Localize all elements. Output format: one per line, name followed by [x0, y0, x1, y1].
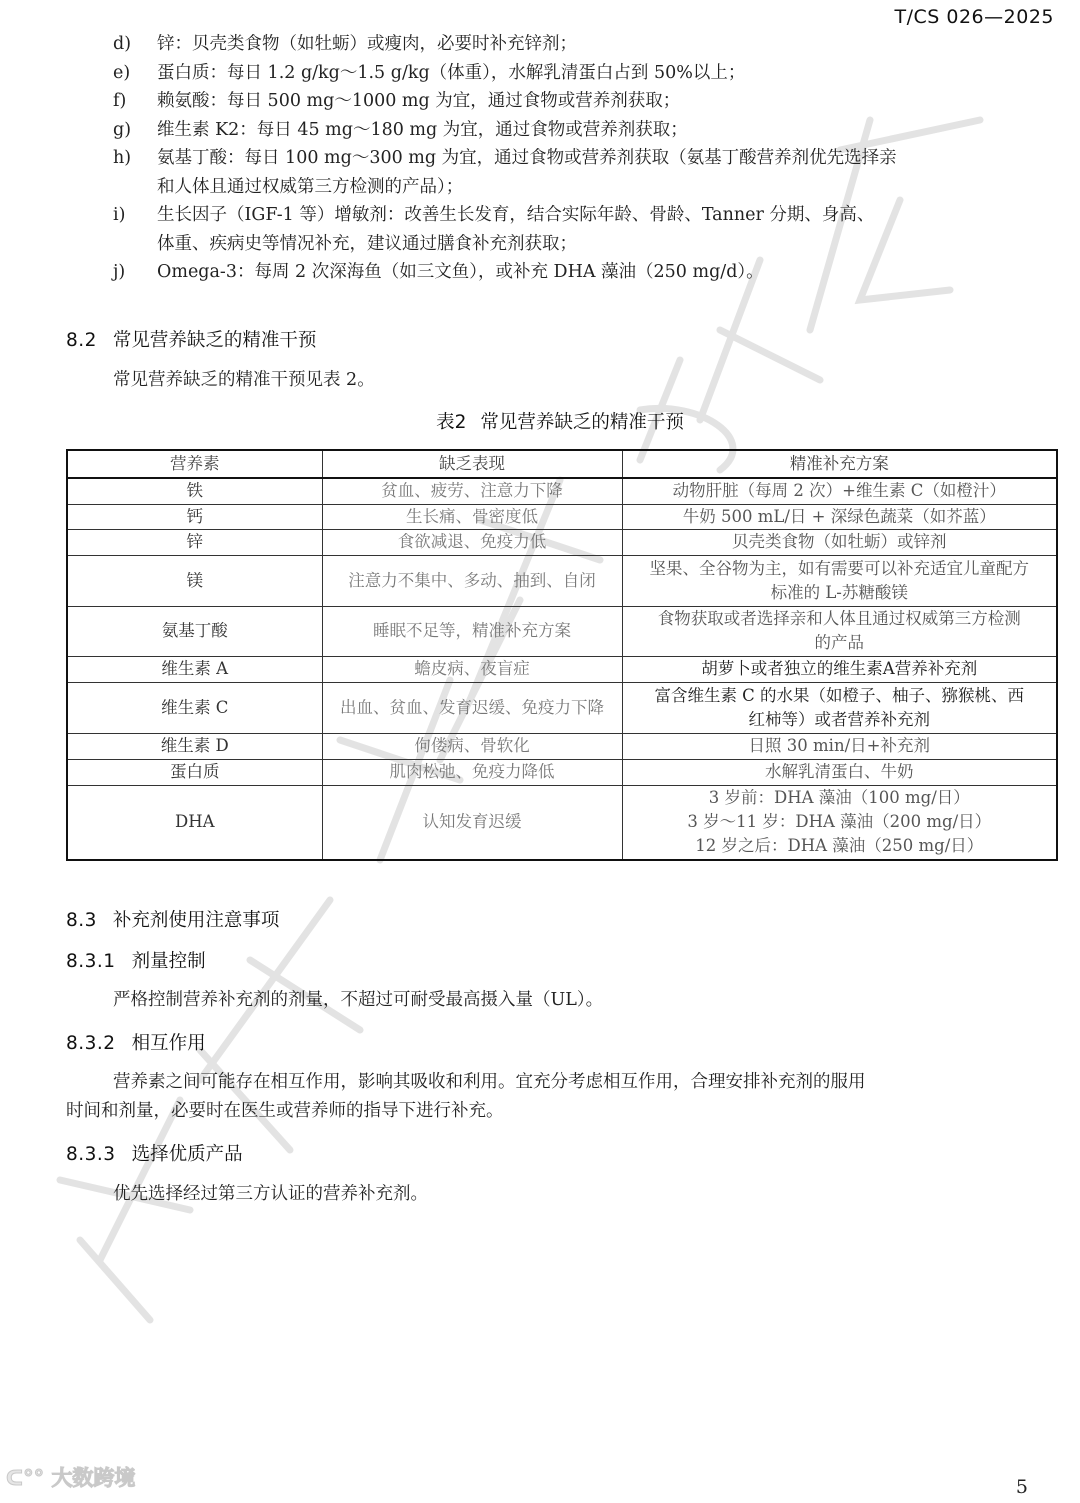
table-row: 蛋白质 肌肉松弛、免疫力降低 水解乳清蛋白、牛奶	[67, 759, 1057, 785]
nutrient-list: d)锌：贝壳类食物（如牡蛎）或瘦肉，必要时补充锌剂； e)蛋白质：每日 1.2 …	[113, 30, 1058, 287]
nutrient-intervention-table: 营养素 缺乏表现 精准补充方案 铁 贫血、疲劳、注意力下降 动物肝脏（每周 2 …	[66, 449, 1058, 861]
column-header: 缺乏表现	[322, 450, 622, 478]
table-row: 钙 生长痛、骨密度低 牛奶 500 mL/日 + 深绿色蔬菜（如芥蓝）	[67, 504, 1057, 529]
table-row: DHA 认知发育迟缓 3 岁前：DHA 藻油（100 mg/日）3 岁～11 岁…	[67, 785, 1057, 860]
table-row: 维生素 D 佝偻病、骨软化 日照 30 min/日+补充剂	[67, 733, 1057, 759]
subsection-8-3-3-body: 优先选择经过第三方认证的营养补充剂。	[113, 1180, 428, 1209]
table-row: 维生素 C 出血、贫血、发育迟缓、免疫力下降 富含维生素 C 的水果（如橙子、柚…	[67, 682, 1057, 733]
section-8-2-body: 常见营养缺乏的精准干预见表 2。	[113, 366, 375, 395]
logo-mark-icon: ᑕ°°	[6, 1466, 44, 1490]
table-caption: 表2常见营养缺乏的精准干预	[0, 408, 1080, 434]
list-item: f)赖氨酸：每日 500 mg～1000 mg 为宜，通过食物或营养剂获取；	[113, 87, 1058, 116]
document-code: T/CS 026—2025	[895, 6, 1055, 28]
subsection-8-3-2-body-line1: 营养素之间可能存在相互作用，影响其吸收和利用。宜充分考虑相互作用，合理安排补充剂…	[113, 1068, 866, 1097]
section-heading-8-2: 8.2常见营养缺乏的精准干预	[66, 326, 316, 352]
list-item: j)Omega-3：每周 2 次深海鱼（如三文鱼），或补充 DHA 藻油（250…	[113, 258, 1058, 287]
table-row: 铁 贫血、疲劳、注意力下降 动物肝脏（每周 2 次）+维生素 C（如橙汁）	[67, 478, 1057, 504]
table-row: 氨基丁酸 睡眠不足等，精准补充方案 食物获取或者选择亲和人体且通过权威第三方检测…	[67, 606, 1057, 656]
subsection-8-3-2-body-line2: 时间和剂量，必要时在医生或营养师的指导下进行补充。	[66, 1097, 504, 1126]
table-header-row: 营养素 缺乏表现 精准补充方案	[67, 450, 1057, 478]
list-item: e)蛋白质：每日 1.2 g/kg～1.5 g/kg（体重），水解乳清蛋白占到 …	[113, 59, 1058, 88]
column-header: 精准补充方案	[622, 450, 1057, 478]
table-row: 维生素 A 蟾皮病、夜盲症 胡萝卜或者独立的维生素A营养补充剂	[67, 656, 1057, 682]
list-item: i)生长因子（IGF-1 等）增敏剂：改善生长发育，结合实际年龄、骨龄、Tann…	[113, 201, 1058, 258]
table-row: 镁 注意力不集中、多动、抽到、自闭 坚果、全谷物为主，如有需要可以补充适宜儿童配…	[67, 555, 1057, 606]
list-item: g)维生素 K2：每日 45 mg～180 mg 为宜，通过食物或营养剂获取；	[113, 116, 1058, 145]
footer-logo: ᑕ°° 大数跨境	[6, 1462, 135, 1492]
table-row: 锌 食欲减退、免疫力低 贝壳类食物（如牡蛎）或锌剂	[67, 529, 1057, 555]
subsection-heading-8-3-1: 8.3.1剂量控制	[66, 947, 206, 973]
subsection-heading-8-3-2: 8.3.2相互作用	[66, 1029, 206, 1055]
section-heading-8-3: 8.3补充剂使用注意事项	[66, 906, 279, 932]
page-number: 5	[1016, 1476, 1028, 1498]
list-item: d)锌：贝壳类食物（如牡蛎）或瘦肉，必要时补充锌剂；	[113, 30, 1058, 59]
column-header: 营养素	[67, 450, 322, 478]
list-item: h)氨基丁酸：每日 100 mg～300 mg 为宜，通过食物或营养剂获取（氨基…	[113, 144, 1058, 201]
subsection-8-3-1-body: 严格控制营养补充剂的剂量，不超过可耐受最高摄入量（UL）。	[113, 986, 603, 1015]
subsection-heading-8-3-3: 8.3.3选择优质产品	[66, 1140, 243, 1166]
